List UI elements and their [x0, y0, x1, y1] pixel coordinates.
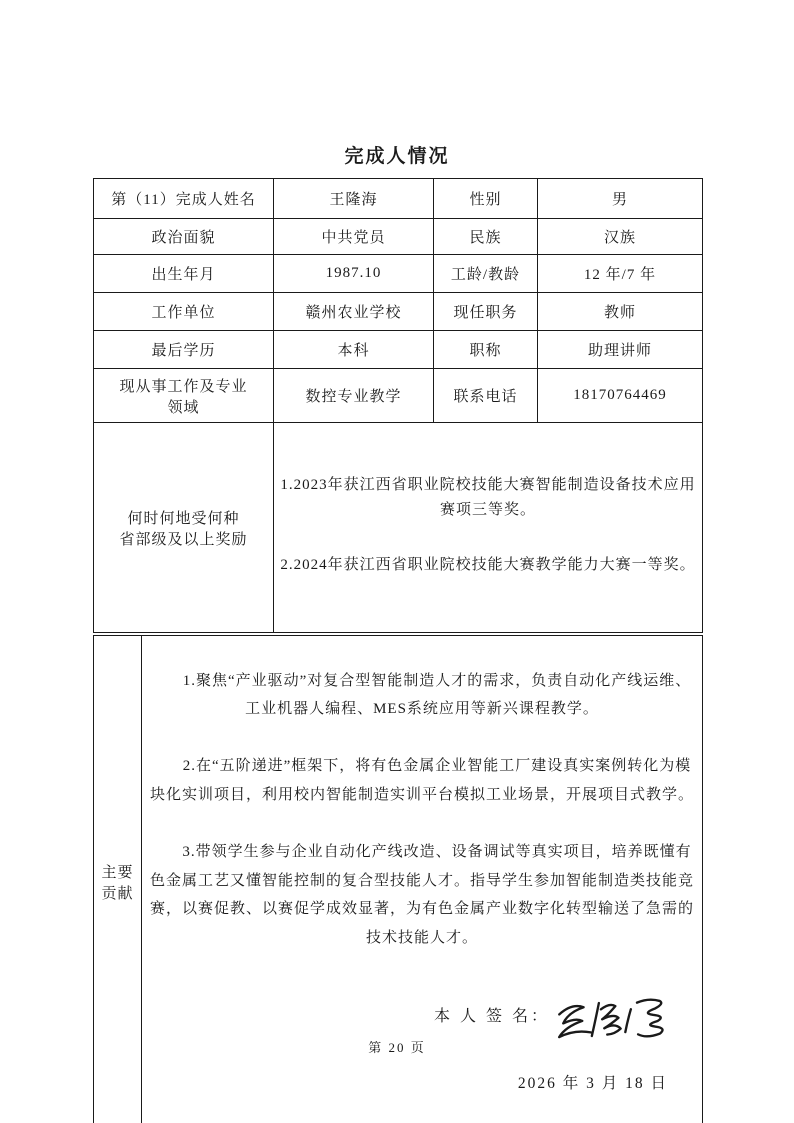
- field-value-gender: 男: [538, 179, 703, 219]
- field-label-seniority: 工龄/教龄: [434, 255, 538, 293]
- award-item: 1.2023年获江西省职业院校技能大赛智能制造设备技术应用赛项三等奖。: [278, 473, 698, 523]
- table-row: 第（11）完成人姓名 王隆海 性别 男: [94, 179, 703, 219]
- field-label-birthdate: 出生年月: [94, 255, 274, 293]
- awards-row: 何时何地受何种 省部级及以上奖励 1.2023年获江西省职业院校技能大赛智能制造…: [94, 423, 703, 633]
- signature-line: 本 人 签 名：: [146, 993, 698, 1041]
- field-label-specialty: 现从事工作及专业 领域: [94, 369, 274, 423]
- field-label-education: 最后学历: [94, 331, 274, 369]
- field-value-birthdate: 1987.10: [274, 255, 434, 293]
- awards-label: 何时何地受何种 省部级及以上奖励: [94, 423, 274, 633]
- field-label-phone: 联系电话: [434, 369, 538, 423]
- field-value-specialty: 数控专业教学: [274, 369, 434, 423]
- field-value-name: 王隆海: [274, 179, 434, 219]
- contribution-paragraph: 2.在“五阶递进”框架下，将有色金属企业智能工厂建设真实案例转化为模块化实训项目…: [146, 752, 698, 809]
- table-row: 现从事工作及专业 领域 数控专业教学 联系电话 18170764469: [94, 369, 703, 423]
- field-label-gender: 性别: [434, 179, 538, 219]
- signature-label: 本 人 签 名：: [434, 1003, 550, 1032]
- field-value-employer: 赣州农业学校: [274, 293, 434, 331]
- field-label-title: 职称: [434, 331, 538, 369]
- contribution-paragraph: 3.带领学生参与企业自动化产线改造、设备调试等真实项目，培养既懂有色金属工艺又懂…: [146, 838, 698, 952]
- awards-content: 1.2023年获江西省职业院校技能大赛智能制造设备技术应用赛项三等奖。 2.20…: [274, 423, 703, 633]
- field-value-title: 助理讲师: [538, 331, 703, 369]
- completer-info-table: 第（11）完成人姓名 王隆海 性别 男 政治面貌 中共党员 民族 汉族 出生年月…: [93, 178, 703, 633]
- contribution-paragraph: 1.聚焦“产业驱动”对复合型智能制造人才的需求，负责自动化产线运维、工业机器人编…: [146, 667, 698, 724]
- field-label-position: 现任职务: [434, 293, 538, 331]
- field-value-political: 中共党员: [274, 219, 434, 255]
- page-number: 第 20 页: [0, 1037, 794, 1056]
- field-label-name: 第（11）完成人姓名: [94, 179, 274, 219]
- table-row: 政治面貌 中共党员 民族 汉族: [94, 219, 703, 255]
- award-item: 2.2024年获江西省职业院校技能大赛教学能力大赛一等奖。: [278, 553, 698, 578]
- field-label-employer: 工作单位: [94, 293, 274, 331]
- field-label-political: 政治面貌: [94, 219, 274, 255]
- table-row: 出生年月 1987.10 工龄/教龄 12 年/7 年: [94, 255, 703, 293]
- field-value-education: 本科: [274, 331, 434, 369]
- field-value-position: 教师: [538, 293, 703, 331]
- signature-date: 2026 年 3 月 18 日: [146, 1070, 698, 1099]
- field-value-phone: 18170764469: [538, 369, 703, 423]
- field-value-ethnicity: 汉族: [538, 219, 703, 255]
- table-row: 工作单位 赣州农业学校 现任职务 教师: [94, 293, 703, 331]
- table-row: 最后学历 本科 职称 助理讲师: [94, 331, 703, 369]
- field-value-seniority: 12 年/7 年: [538, 255, 703, 293]
- field-label-ethnicity: 民族: [434, 219, 538, 255]
- document-page: 完成人情况 第（11）完成人姓名 王隆海 性别 男 政治面貌 中共党员 民族 汉…: [0, 0, 794, 1123]
- page-title: 完成人情况: [0, 141, 794, 168]
